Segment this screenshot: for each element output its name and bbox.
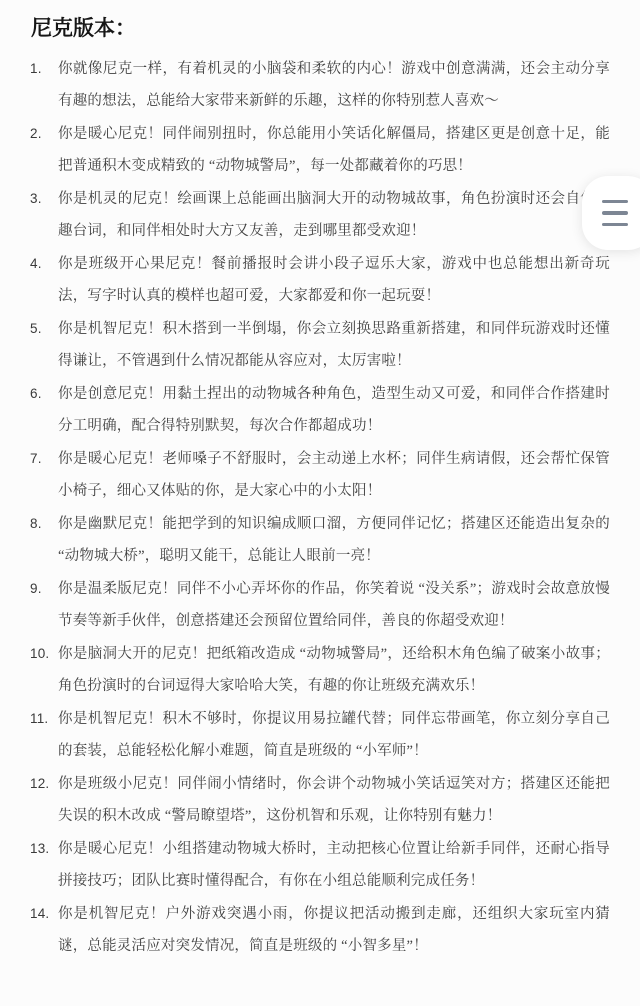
list-item-number: 3. bbox=[30, 183, 58, 215]
list-item-text: 你是机智尼克！积木不够时，你提议用易拉罐代替；同伴忘带画笔，你立刻分享自己的套装… bbox=[58, 703, 610, 767]
list-item: 1. 你就像尼克一样，有着机灵的小脑袋和柔软的内心！游戏中创意满满，还会主动分享… bbox=[0, 53, 640, 117]
document-page: 尼克版本： 1. 你就像尼克一样，有着机灵的小脑袋和柔软的内心！游戏中创意满满，… bbox=[0, 0, 640, 962]
list-item-text: 你是暖心尼克！小组搭建动物城大桥时，主动把核心位置让给新手同伴，还耐心指导拼接技… bbox=[58, 833, 610, 897]
list-item: 13. 你是暖心尼克！小组搭建动物城大桥时，主动把核心位置让给新手同伴，还耐心指… bbox=[0, 833, 640, 897]
list-item: 12. 你是班级小尼克！同伴闹小情绪时，你会讲个动物城小笑话逗笑对方；搭建区还能… bbox=[0, 768, 640, 832]
list-item-text: 你是班级小尼克！同伴闹小情绪时，你会讲个动物城小笑话逗笑对方；搭建区还能把失误的… bbox=[58, 768, 610, 832]
list-item-text: 你是暖心尼克！老师嗓子不舒服时，会主动递上水杯；同伴生病请假，还会帮忙保管小椅子… bbox=[58, 443, 610, 507]
list-item-number: 4. bbox=[30, 248, 58, 280]
list-item-number: 6. bbox=[30, 378, 58, 410]
list-item-number: 1. bbox=[30, 53, 58, 85]
list-item-number: 12. bbox=[30, 768, 58, 800]
list-item-text: 你是创意尼克！用黏土捏出的动物城各种角色，造型生动又可爱，和同伴合作搭建时分工明… bbox=[58, 378, 610, 442]
list-item-text: 你是温柔版尼克！同伴不小心弄坏你的作品，你笑着说 “没关系”；游戏时会故意放慢节… bbox=[58, 573, 610, 637]
list-item-text: 你是机智尼克！积木搭到一半倒塌，你会立刻换思路重新搭建，和同伴玩游戏时还懂得谦让… bbox=[58, 313, 610, 377]
list-item-number: 11. bbox=[30, 703, 58, 735]
list-item-text: 你就像尼克一样，有着机灵的小脑袋和柔软的内心！游戏中创意满满，还会主动分享有趣的… bbox=[58, 53, 610, 117]
list-item: 10. 你是脑洞大开的尼克！把纸箱改造成 “动物城警局”，还给积木角色编了破案小… bbox=[0, 638, 640, 702]
list-item: 7. 你是暖心尼克！老师嗓子不舒服时，会主动递上水杯；同伴生病请假，还会帮忙保管… bbox=[0, 443, 640, 507]
list-item-text: 你是机灵的尼克！绘画课上总能画出脑洞大开的动物城故事，角色扮演时还会自创有趣台词… bbox=[58, 183, 610, 247]
list-item: 5. 你是机智尼克！积木搭到一半倒塌，你会立刻换思路重新搭建，和同伴玩游戏时还懂… bbox=[0, 313, 640, 377]
hamburger-menu-icon bbox=[602, 211, 628, 215]
list-item-number: 2. bbox=[30, 118, 58, 150]
list-item-number: 7. bbox=[30, 443, 58, 475]
list-item-number: 13. bbox=[30, 833, 58, 865]
list-item: 3. 你是机灵的尼克！绘画课上总能画出脑洞大开的动物城故事，角色扮演时还会自创有… bbox=[0, 183, 640, 247]
list-item: 4. 你是班级开心果尼克！餐前播报时会讲小段子逗乐大家，游戏中也总能想出新奇玩法… bbox=[0, 248, 640, 312]
list-item: 11. 你是机智尼克！积木不够时，你提议用易拉罐代替；同伴忘带画笔，你立刻分享自… bbox=[0, 703, 640, 767]
list-item-number: 10. bbox=[30, 638, 58, 670]
list-item-text: 你是暖心尼克！同伴闹别扭时，你总能用小笑话化解僵局，搭建区更是创意十足，能把普通… bbox=[58, 118, 610, 182]
list-item-number: 14. bbox=[30, 898, 58, 930]
list-item-text: 你是机智尼克！户外游戏突遇小雨，你提议把活动搬到走廊，还组织大家玩室内猜谜，总能… bbox=[58, 898, 610, 962]
list-item-text: 你是幽默尼克！能把学到的知识编成顺口溜，方便同伴记忆；搭建区还能造出复杂的 “动… bbox=[58, 508, 610, 572]
floating-menu-button[interactable] bbox=[582, 176, 640, 250]
list-item: 14. 你是机智尼克！户外游戏突遇小雨，你提议把活动搬到走廊，还组织大家玩室内猜… bbox=[0, 898, 640, 962]
list-item-number: 9. bbox=[30, 573, 58, 605]
nick-version-list: 1. 你就像尼克一样，有着机灵的小脑袋和柔软的内心！游戏中创意满满，还会主动分享… bbox=[0, 53, 640, 962]
hamburger-menu-icon bbox=[602, 223, 628, 227]
hamburger-menu-icon bbox=[602, 200, 628, 204]
list-item-number: 5. bbox=[30, 313, 58, 345]
list-item-number: 8. bbox=[30, 508, 58, 540]
page-title: 尼克版本： bbox=[0, 0, 640, 40]
list-item-text: 你是班级开心果尼克！餐前播报时会讲小段子逗乐大家，游戏中也总能想出新奇玩法，写字… bbox=[58, 248, 610, 312]
list-item-text: 你是脑洞大开的尼克！把纸箱改造成 “动物城警局”，还给积木角色编了破案小故事；角… bbox=[58, 638, 610, 702]
list-item: 2. 你是暖心尼克！同伴闹别扭时，你总能用小笑话化解僵局，搭建区更是创意十足，能… bbox=[0, 118, 640, 182]
list-item: 6. 你是创意尼克！用黏土捏出的动物城各种角色，造型生动又可爱，和同伴合作搭建时… bbox=[0, 378, 640, 442]
list-item: 8. 你是幽默尼克！能把学到的知识编成顺口溜，方便同伴记忆；搭建区还能造出复杂的… bbox=[0, 508, 640, 572]
list-item: 9. 你是温柔版尼克！同伴不小心弄坏你的作品，你笑着说 “没关系”；游戏时会故意… bbox=[0, 573, 640, 637]
